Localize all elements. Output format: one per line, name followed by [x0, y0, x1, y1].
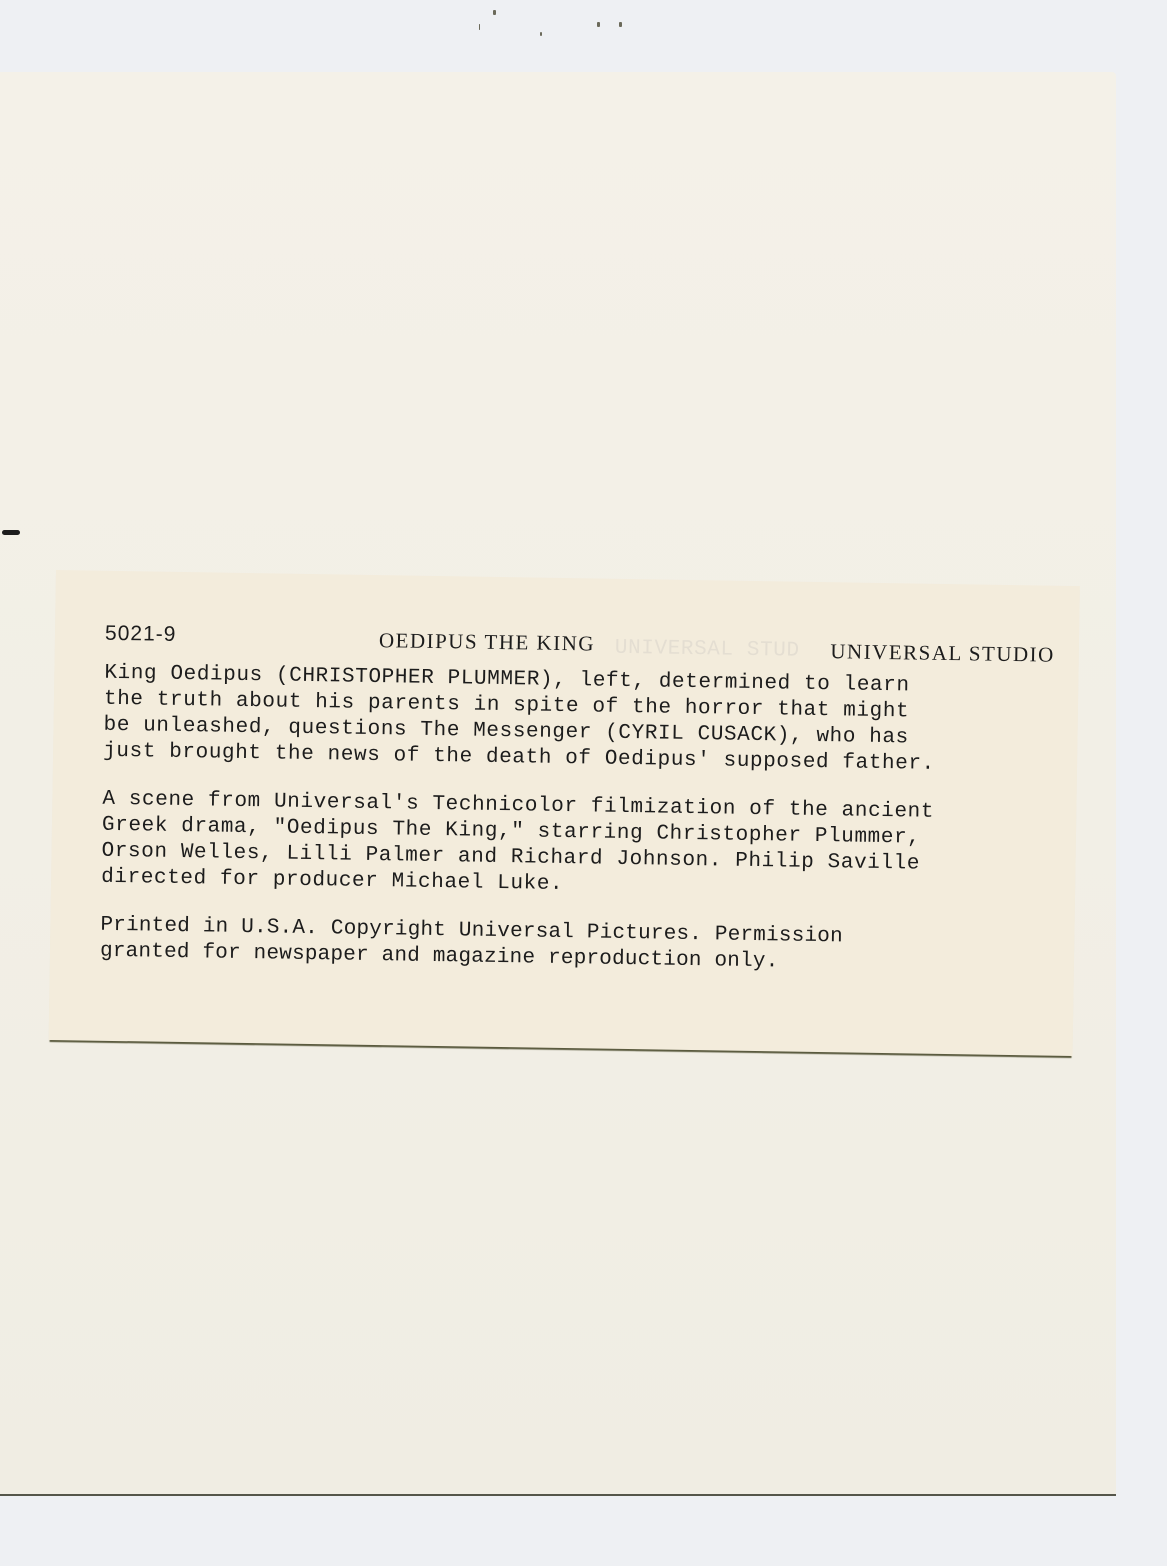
dust-speck — [540, 32, 542, 36]
caption-slip: UNIVERSAL STUD 5021-9 OEDIPUS THE KING U… — [49, 570, 1080, 1056]
caption-content: 5021-9 OEDIPUS THE KING UNIVERSAL STUDIO… — [99, 621, 1055, 1002]
scene-description: King Oedipus (CHRISTOPHER PLUMMER), left… — [103, 661, 1055, 780]
film-title: OEDIPUS THE KING — [379, 627, 595, 656]
edge-ink-mark — [2, 530, 20, 535]
studio-name: UNIVERSAL STUDIO — [830, 638, 1055, 668]
negative-number: 5021-9 — [105, 621, 177, 648]
dust-speck — [597, 22, 600, 27]
dust-speck — [493, 10, 496, 15]
copyright-notice: Printed in U.S.A. Copyright Universal Pi… — [100, 913, 1051, 980]
dust-speck — [479, 24, 480, 30]
production-credits: A scene from Universal's Technicolor fil… — [101, 787, 1053, 906]
dust-speck — [619, 22, 622, 27]
